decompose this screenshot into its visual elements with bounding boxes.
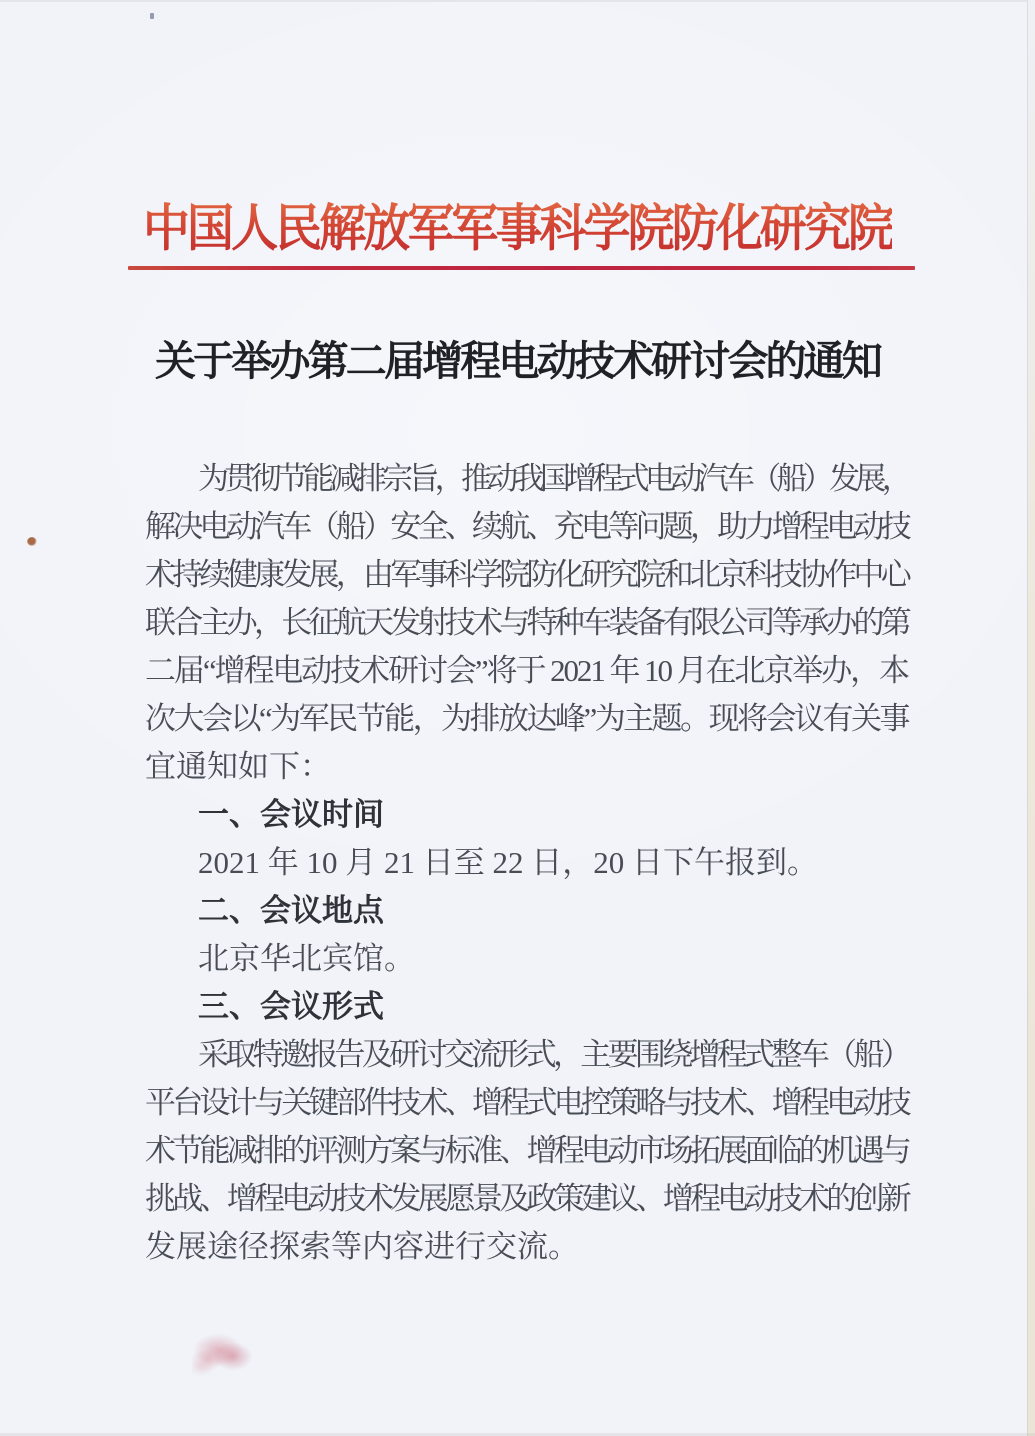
scanned-notice-page: 中国人民解放军军事科学院防化研究院 关于举办第二届增程电动技术研讨会的通知 为贯… bbox=[0, 0, 1035, 1436]
document-line: 北京华北宾馆。 bbox=[145, 935, 908, 983]
document-line: 挑战、增程电动技术发展愿景及政策建议、增程电动技术的创新 bbox=[145, 1175, 908, 1223]
letterhead-divider-line bbox=[128, 266, 915, 270]
document-line: 次大会以“为军民节能，为排放达峰”为主题。现将会议有关事 bbox=[145, 695, 908, 743]
document-line: 术节能减排的评测方案与标准、增程电动市场拓展面临的机遇与 bbox=[145, 1127, 908, 1175]
document-line: 平台设计与关键部件技术、增程式电控策略与技术、增程电动技 bbox=[145, 1079, 908, 1127]
document-title: 关于举办第二届增程电动技术研讨会的通知 bbox=[0, 328, 1035, 387]
document-line: 二届“增程电动技术研讨会”将于 2021 年 10 月在北京举办，本 bbox=[145, 647, 908, 695]
ink-dot bbox=[27, 537, 37, 546]
document-title-text: 关于举办第二届增程电动技术研讨会的通知 bbox=[155, 338, 880, 384]
document-line: 为贯彻节能减排宗旨，推动我国增程式电动汽车（船）发展， bbox=[145, 455, 908, 503]
document-line: 宜通知如下： bbox=[145, 743, 908, 791]
section-heading-line: 二、会议地点 bbox=[145, 887, 908, 935]
document-line: 发展途径探索等内容进行交流。 bbox=[145, 1223, 908, 1271]
document-body: 为贯彻节能减排宗旨，推动我国增程式电动汽车（船）发展，解决电动汽车（船）安全、续… bbox=[145, 455, 908, 1271]
document-line: 联合主办，长征航天发射技术与特种车装备有限公司等承办的第 bbox=[145, 599, 908, 647]
section-heading-line: 一、会议时间 bbox=[145, 791, 908, 839]
scan-edge-top bbox=[0, 0, 1035, 2]
scan-speck bbox=[150, 13, 154, 19]
document-line: 采取特邀报告及研讨交流形式，主要围绕增程式整车（船） bbox=[145, 1031, 908, 1079]
letterhead-org-name: 中国人民解放军军事科学院防化研究院 bbox=[0, 188, 1035, 260]
ink-smudge bbox=[192, 1329, 254, 1379]
letterhead-org-name-text: 中国人民解放军军事科学院防化研究院 bbox=[143, 201, 892, 257]
document-line: 术持续健康发展，由军事科学院防化研究院和北京科技协作中心 bbox=[145, 551, 908, 599]
document-line: 解决电动汽车（船）安全、续航、充电等问题，助力增程电动技 bbox=[145, 503, 908, 551]
document-line: 2021 年 10 月 21 日至 22 日，20 日下午报到。 bbox=[145, 839, 908, 887]
section-heading-line: 三、会议形式 bbox=[145, 983, 908, 1031]
